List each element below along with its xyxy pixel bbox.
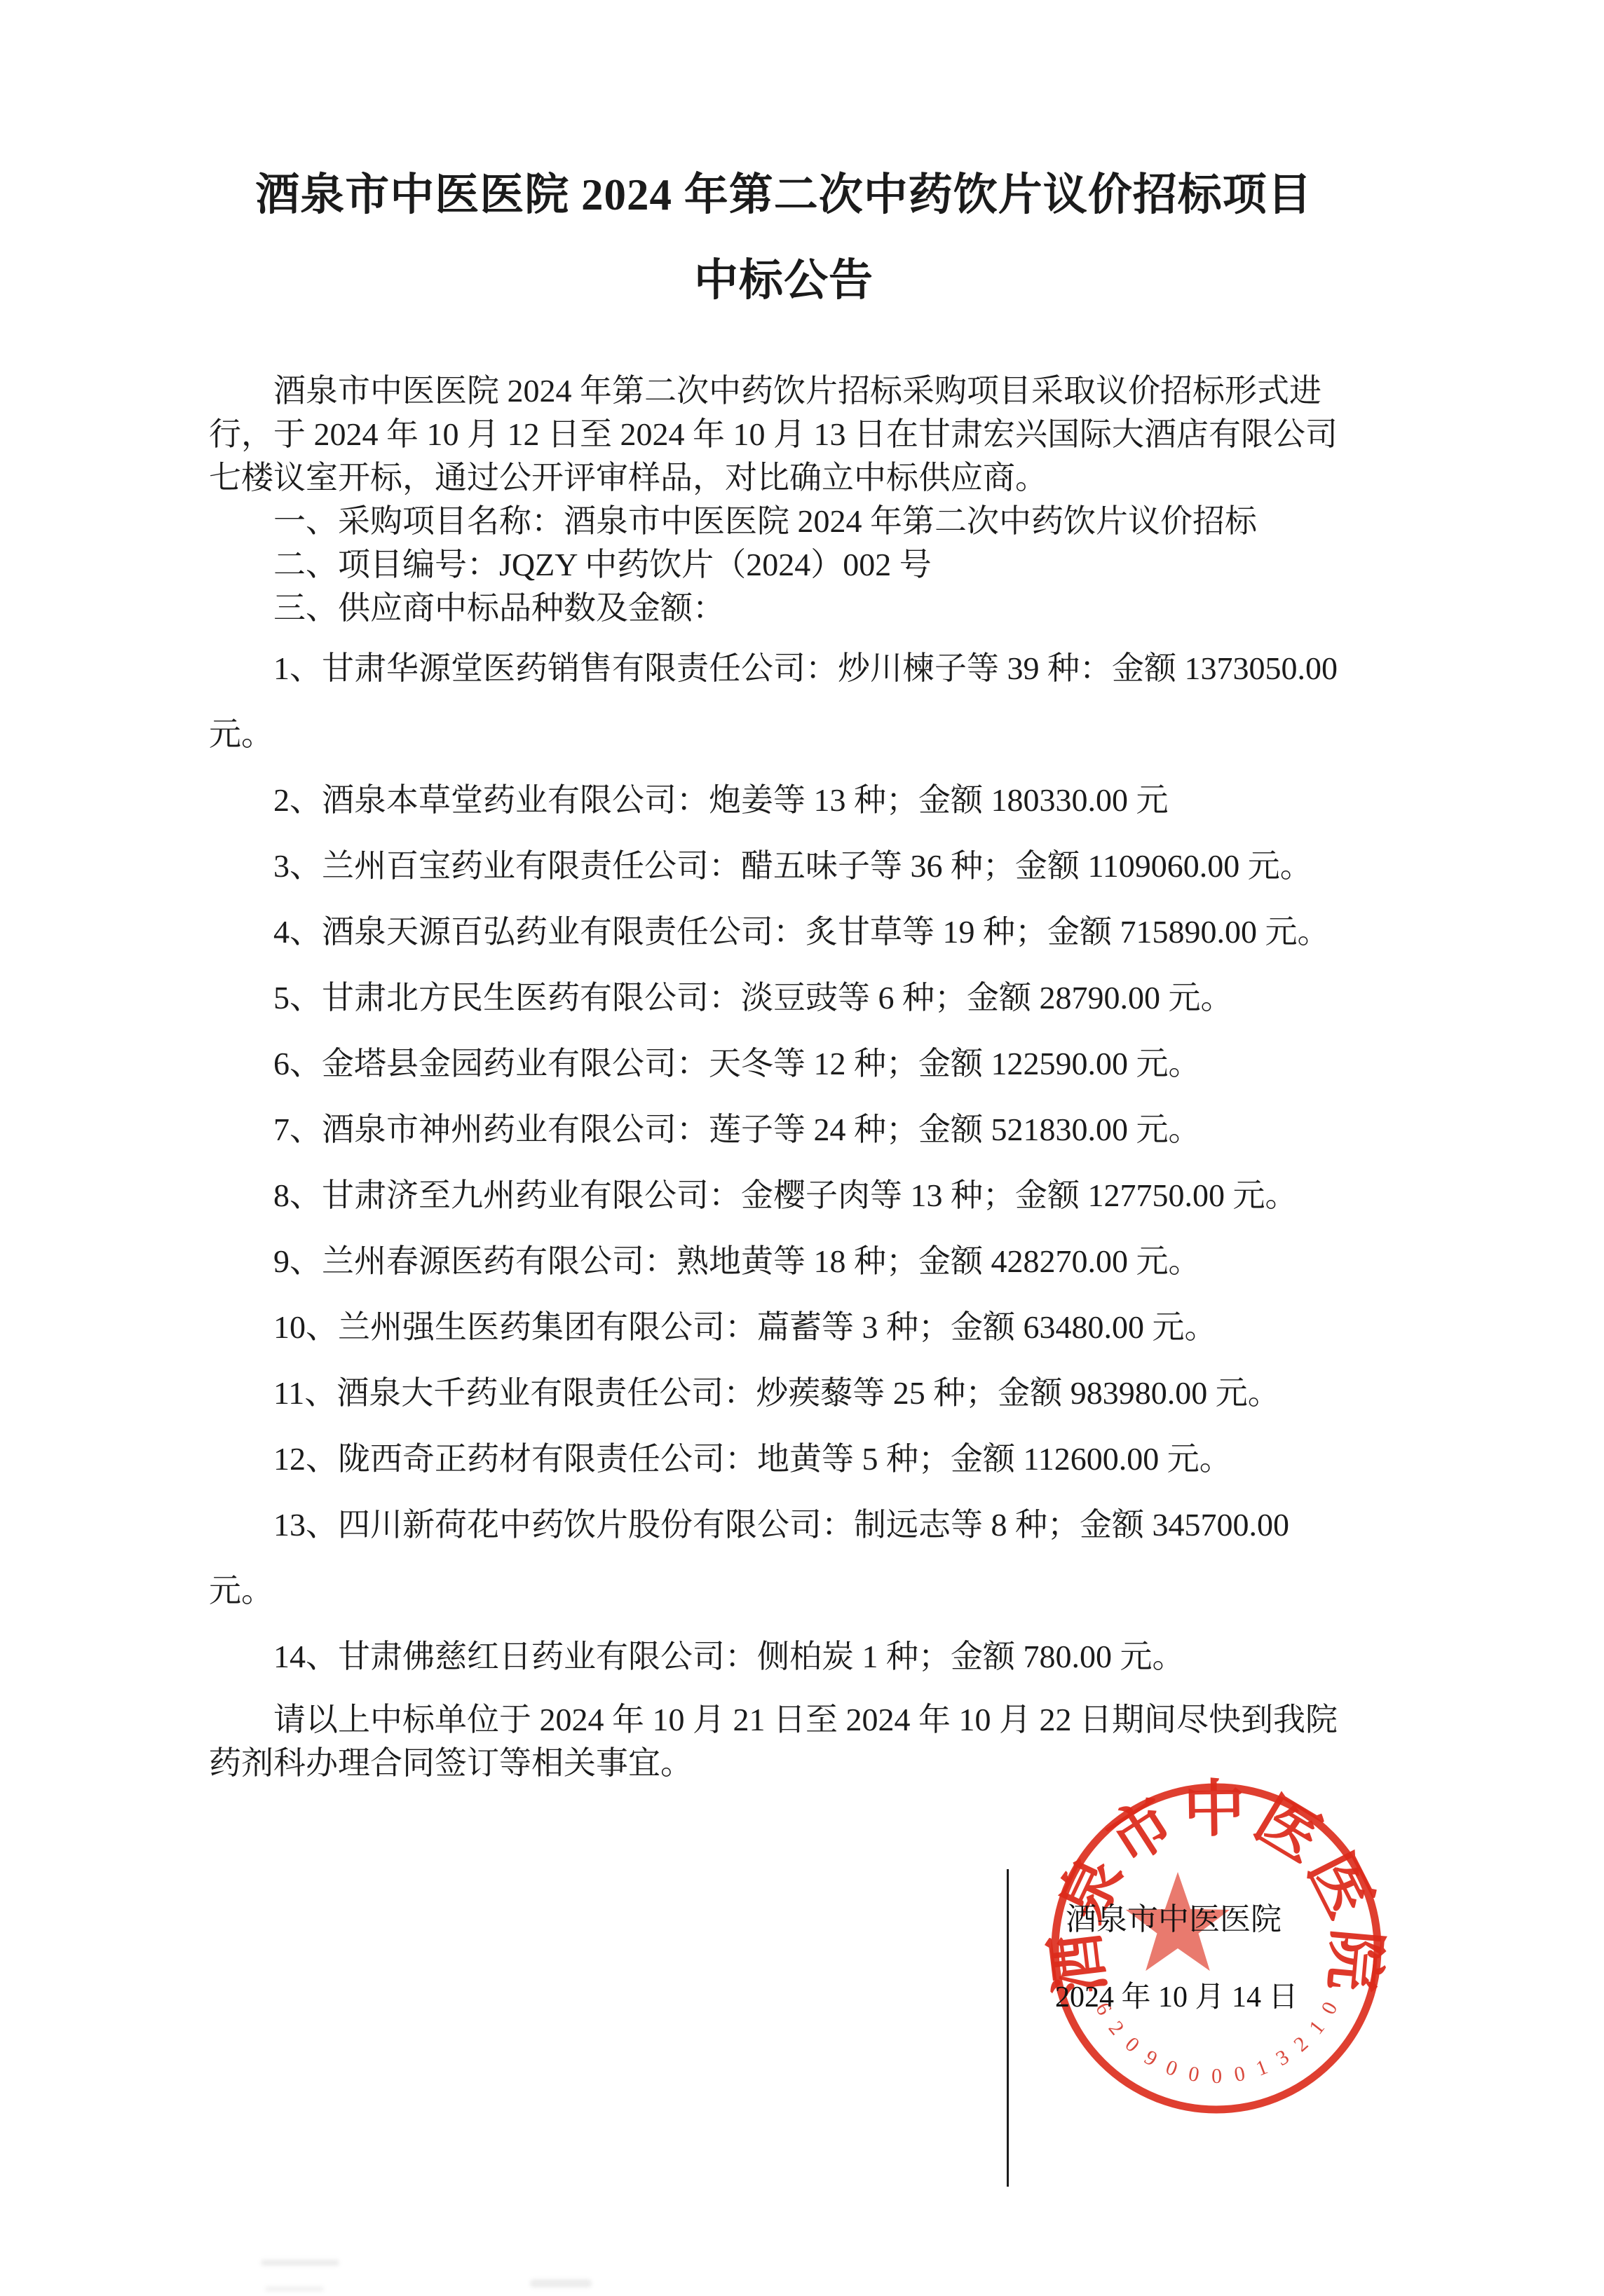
official-seal: 酒泉市中医医院 6209000013210	[1033, 1765, 1400, 2132]
intro-line: 七楼议室开标，通过公开评审样品，对比确立中标供应商。	[209, 456, 1359, 500]
section-line: 三、供应商中标品种数及金额：	[209, 587, 1359, 630]
seal-ring-text: 酒泉市中医医院	[1042, 1776, 1390, 1999]
section-list: 一、采购项目名称：酒泉市中医医院 2024 年第二次中药饮片议价招标二、项目编号…	[209, 500, 1359, 630]
bid-item-line: 1、甘肃华源堂医药销售有限责任公司：炒川楝子等 39 种：金额 1373050.…	[209, 636, 1359, 702]
bid-item-line: 2、酒泉本草堂药业有限公司：炮姜等 13 种；金额 180330.00 元	[209, 767, 1359, 833]
bid-item-line: 10、兰州强生医药集团有限公司：萹蓄等 3 种；金额 63480.00 元。	[209, 1294, 1359, 1360]
document-page: 酒泉市中医医院 2024 年第二次中药饮片议价招标项目 中标公告 酒泉市中医医院…	[0, 0, 1604, 2296]
bid-item-line: 4、酒泉天源百弘药业有限责任公司：炙甘草等 19 种；金额 715890.00 …	[209, 899, 1359, 965]
intro-line: 酒泉市中医医院 2024 年第二次中药饮片招标采购项目采取议价招标形式进	[209, 369, 1359, 413]
official-seal-graphic: 酒泉市中医医院 6209000013210	[1033, 1765, 1400, 2132]
bid-item-line: 14、甘肃佛慈红日药业有限公司：侧柏炭 1 种；金额 780.00 元。	[209, 1624, 1359, 1690]
bid-item-list: 1、甘肃华源堂医药销售有限责任公司：炒川楝子等 39 种：金额 1373050.…	[209, 636, 1359, 1690]
section-line: 二、项目编号：JQZY 中药饮片（2024）002 号	[209, 543, 1359, 587]
scan-smudge	[265, 2286, 324, 2292]
bid-item-line: 11、酒泉大千药业有限责任公司：炒蒺藜等 25 种；金额 983980.00 元…	[209, 1360, 1359, 1426]
bid-item-line: 元。	[209, 1558, 1359, 1624]
document-body: 酒泉市中医医院 2024 年第二次中药饮片议价招标项目 中标公告 酒泉市中医医院…	[209, 170, 1359, 1785]
section-line: 一、采购项目名称：酒泉市中医医院 2024 年第二次中药饮片议价招标	[209, 500, 1359, 543]
bid-item-line: 8、甘肃济至九州药业有限公司：金樱子肉等 13 种；金额 127750.00 元…	[209, 1163, 1359, 1229]
closing-line: 请以上中标单位于 2024 年 10 月 21 日至 2024 年 10 月 2…	[209, 1698, 1359, 1742]
bid-item-line: 元。	[209, 702, 1359, 767]
signature-date: 2024 年 10 月 14 日	[1055, 1974, 1298, 2016]
bid-item-line: 7、酒泉市神州药业有限公司：莲子等 24 种；金额 521830.00 元。	[209, 1097, 1359, 1163]
bid-item-line: 5、甘肃北方民生医药有限公司：淡豆豉等 6 种；金额 28790.00 元。	[209, 965, 1359, 1031]
intro-line: 行，于 2024 年 10 月 12 日至 2024 年 10 月 13 日在甘…	[209, 413, 1359, 456]
bid-item-line: 6、金塔县金园药业有限公司：天冬等 12 种；金额 122590.00 元。	[209, 1031, 1359, 1097]
signature-org: 酒泉市中医医院	[1066, 1894, 1282, 1939]
scan-smudge	[530, 2279, 592, 2288]
intro-paragraph: 酒泉市中医医院 2024 年第二次中药饮片招标采购项目采取议价招标形式进行，于 …	[209, 369, 1359, 500]
bid-item-line: 3、兰州百宝药业有限责任公司：醋五味子等 36 种；金额 1109060.00 …	[209, 833, 1359, 899]
scan-smudge	[261, 2260, 339, 2266]
bid-item-line: 9、兰州春源医药有限公司：熟地黄等 18 种；金额 428270.00 元。	[209, 1229, 1359, 1294]
bid-item-line: 12、陇西奇正药材有限责任公司：地黄等 5 种；金额 112600.00 元。	[209, 1426, 1359, 1492]
scan-artifact-line	[1007, 1869, 1009, 2187]
document-title-line-2: 中标公告	[209, 256, 1359, 305]
bid-item-line: 13、四川新荷花中药饮片股份有限公司：制远志等 8 种；金额 345700.00	[209, 1492, 1359, 1558]
document-title-line-1: 酒泉市中医医院 2024 年第二次中药饮片议价招标项目	[209, 170, 1359, 219]
